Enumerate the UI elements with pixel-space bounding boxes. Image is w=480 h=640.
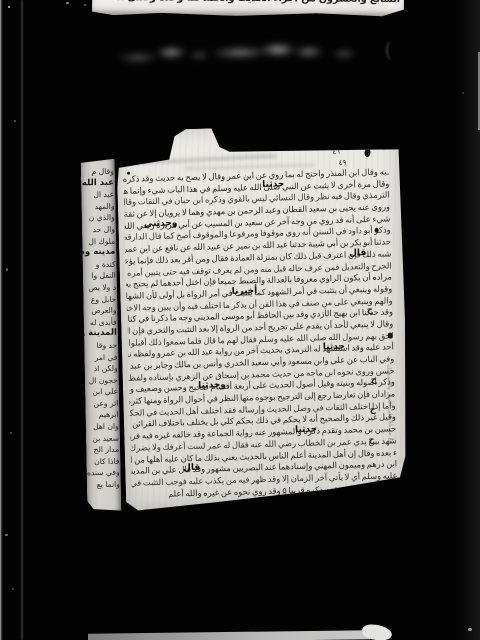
fragment-line: في امر (84, 351, 117, 363)
fragment-line: علي ابن (85, 386, 118, 398)
out-of-focus-page-edge (118, 37, 372, 68)
manuscript-page: ٤٦ ٤٩ ـبه وقال ابن المنذر واحتج له بما ر… (114, 120, 412, 512)
fragment-line: وال حد (82, 224, 115, 236)
film-edge-right (458, 0, 480, 640)
facing-page-line-fragments: وقال م عبد الله بن عبد ال والمهد والذي ن… (81, 166, 120, 491)
fragment-line: عبد الله بن (81, 177, 114, 189)
microfilm-photo-frame: السابع والعشرون من أجزاء الحديث والحمد ل… (0, 0, 480, 640)
fragment-line: حابل وع (83, 293, 116, 305)
bold-isnad-word: وحدثني (144, 218, 178, 229)
bold-isnad-word: أخبرنا (232, 286, 258, 297)
main-text-block: ـبه وقال ابن المنذر واحتج له بما روي عن … (123, 166, 398, 501)
fragment-line: حد وقا (84, 340, 117, 352)
margin-collation-mark: ح (371, 375, 377, 385)
dust-speck (12, 588, 14, 590)
folio-number-mark: ٤٩ (339, 159, 347, 167)
fragment-line: والمهد (81, 200, 114, 212)
fragment-line: عبد ال (81, 189, 114, 201)
fragment-line: اثر وعن (85, 398, 118, 410)
bold-isnad-word: وحدثنا (198, 380, 226, 391)
previous-page-text-line: السابع والعشرون من أجزاء الحديث والحمد ل… (96, 0, 400, 5)
fragment-line: ملوك ال (82, 235, 115, 247)
margin-collation-mark: ح (367, 305, 373, 315)
fragment-line: وقال م (81, 166, 114, 178)
dust-speck (14, 120, 16, 122)
fragment-line: وان اهل (86, 421, 119, 433)
margin-collation-mark: ح (368, 435, 374, 445)
fragment-line: فأبدى له (84, 316, 117, 328)
fragment-line: مدينه وم (82, 247, 115, 259)
out-of-focus-arc-mark (386, 41, 397, 60)
dust-speck (66, 2, 69, 4)
dust-speck (462, 92, 464, 94)
margin-collation-mark: ح (370, 405, 376, 415)
bold-isnad-word: قال (349, 248, 366, 258)
bold-isnad-word: حدثنا (323, 342, 345, 353)
fragment-line: مدار الح (86, 444, 119, 456)
next-page-edge-strip (88, 630, 370, 640)
film-scratch-line (21, 0, 23, 640)
fragment-line: حجون ال (85, 374, 118, 386)
fragment-line: النفل وا (83, 270, 116, 282)
bold-isnad-word: حدثنا (262, 179, 284, 190)
bold-isnad-word: قال (183, 463, 200, 473)
dust-speck (10, 432, 12, 434)
fragment-line: ابرهيم (85, 409, 118, 421)
fragment-line: ولكن اذ (85, 363, 118, 375)
dust-speck (468, 628, 472, 631)
fragment-line: وفي سنده (87, 467, 120, 479)
previous-page-edge-strip: السابع والعشرون من أجزاء الحديث والحمد ل… (92, 0, 404, 17)
fragment-line: وانما يع (87, 479, 120, 491)
fragment-line: المدينة و (84, 328, 117, 340)
fragment-line: والذي ن (82, 212, 115, 224)
dust-speck (6, 268, 8, 271)
fragment-line: فاذا كان (86, 456, 119, 468)
fragment-line: د ولا يص (83, 282, 116, 294)
fragment-line: كندة و (83, 258, 116, 270)
fragment-line: والعرض (83, 305, 116, 317)
dust-speck (8, 6, 10, 8)
dust-speck (5, 534, 8, 536)
bold-isnad-word: حدثنا (295, 425, 317, 436)
film-edge-left (0, 0, 3, 640)
facing-page-sliver: وقال م عبد الله بن عبد ال والمهد والذي ن… (81, 159, 122, 512)
fragment-line: سعيد بن (86, 432, 119, 444)
dust-speck (84, 4, 86, 6)
folio-number-mark: ٤٦ (332, 148, 340, 156)
